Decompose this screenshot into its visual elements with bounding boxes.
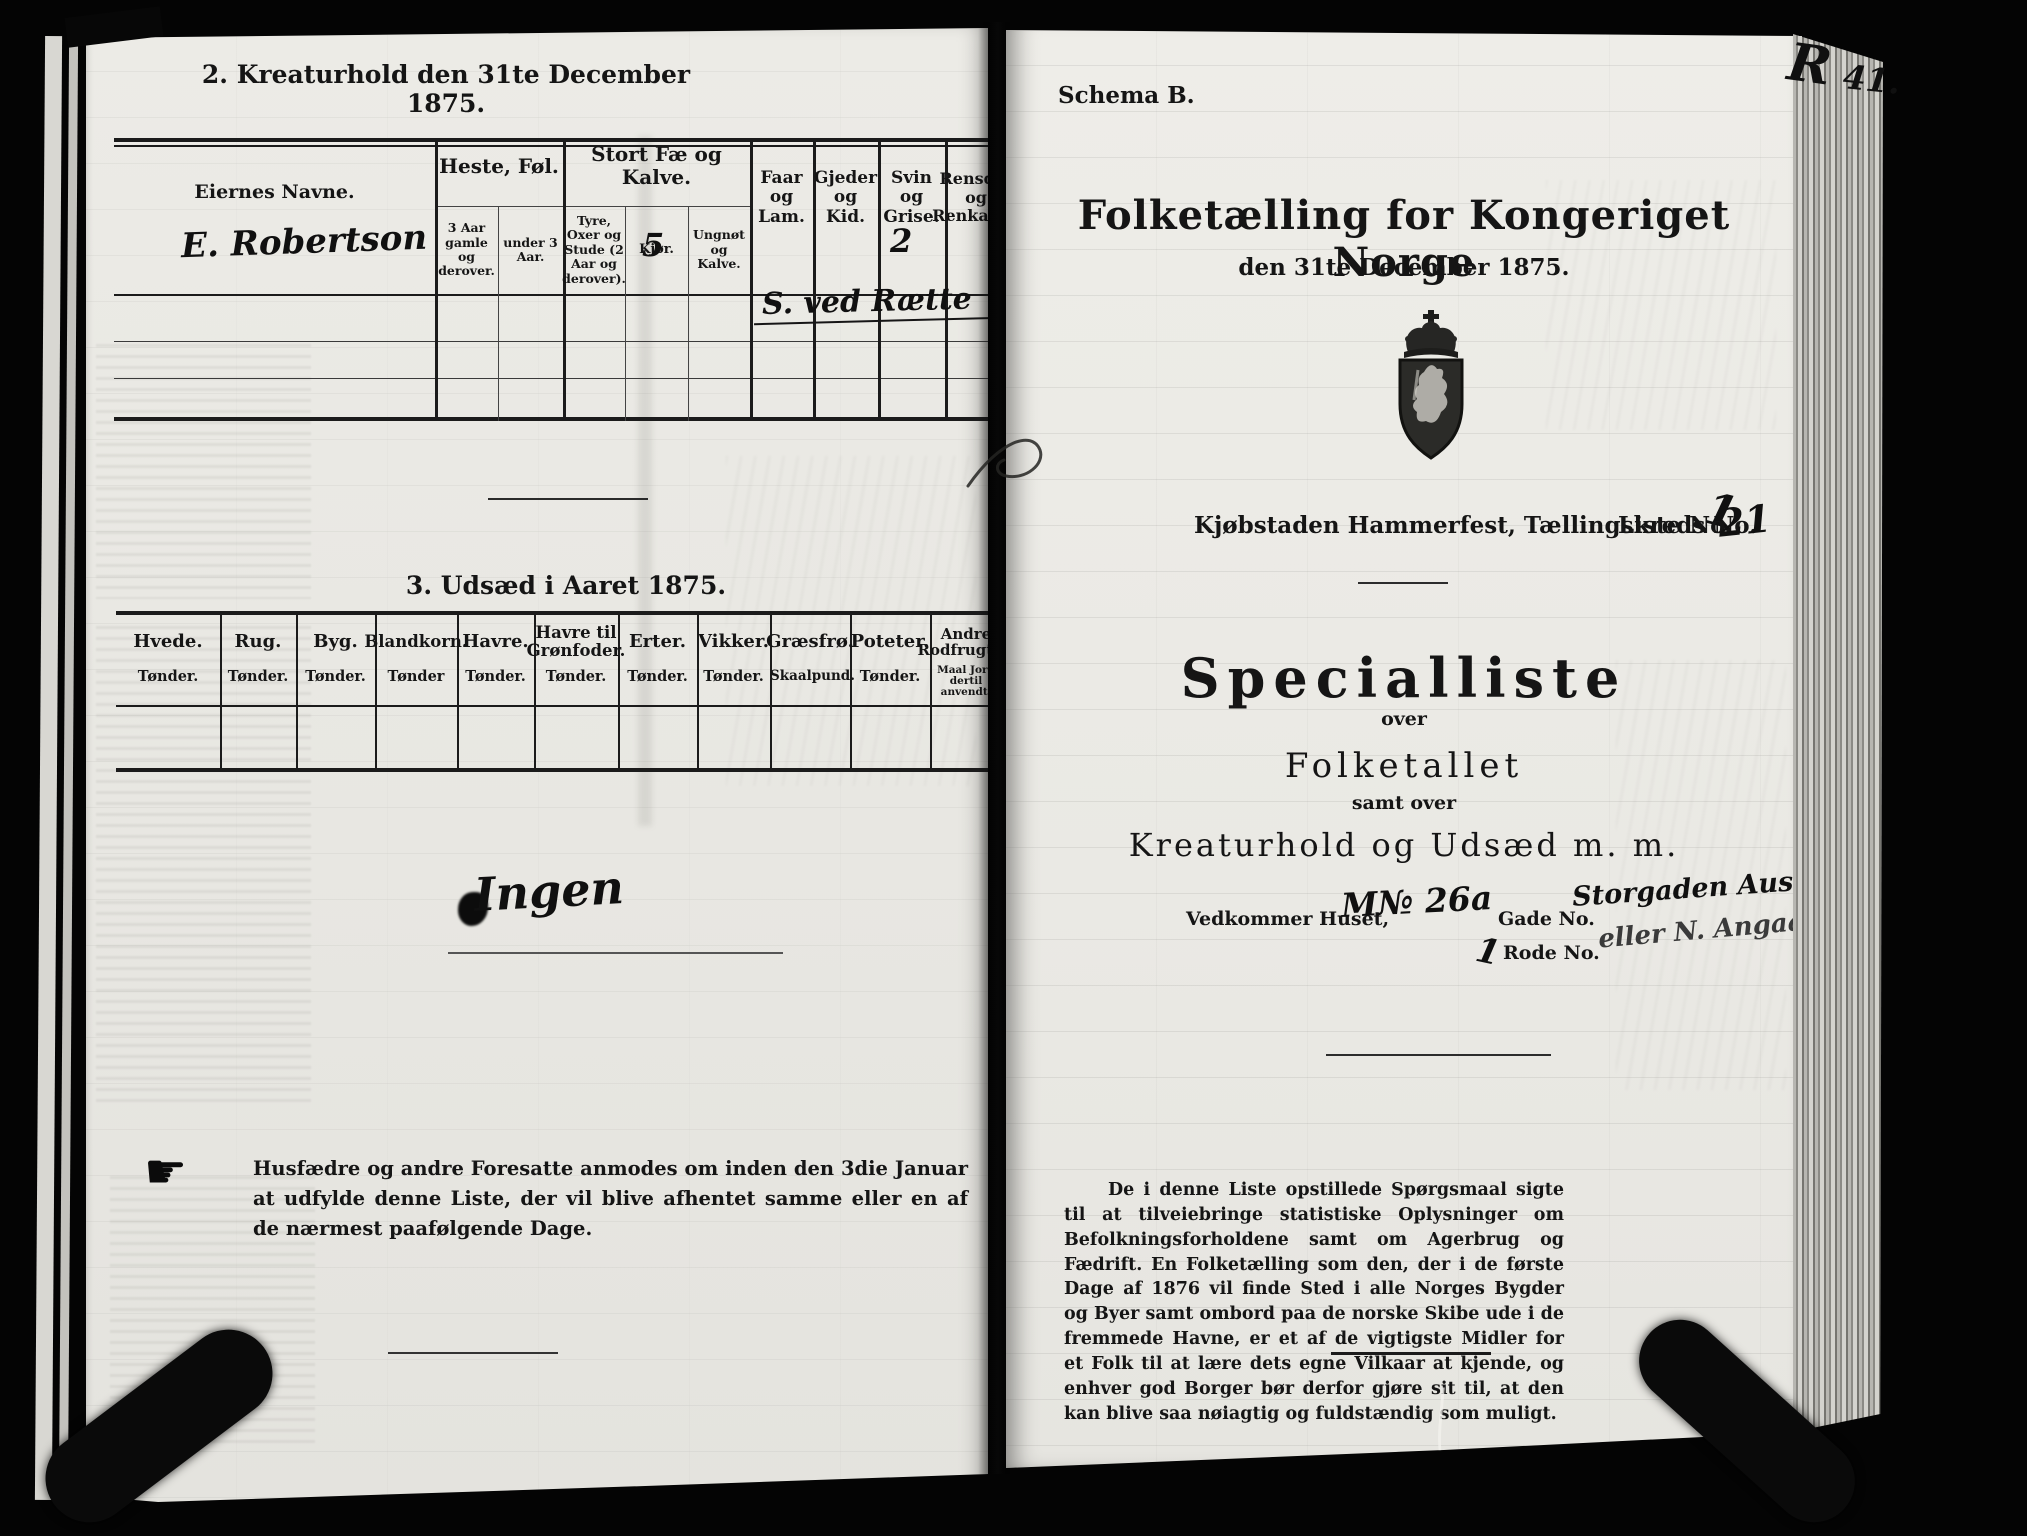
handwritten-rode-value: eller N. Angaard <box>1597 907 1799 954</box>
norway-coat-of-arms <box>1388 308 1474 466</box>
udsaed-title: 3. Udsæd i Aaret 1875. <box>366 571 766 600</box>
column-header-faar: Faar og Lam. <box>752 148 811 248</box>
handwritten-liste-no: 21 <box>1716 495 1773 545</box>
column-group-heste: Heste, Føl. <box>435 144 563 188</box>
heading-kreaturhold-udsaed: Kreaturhold og Udsæd m. m. <box>1006 826 1802 864</box>
section-divider-rule <box>1358 582 1448 584</box>
table-rule <box>498 206 499 421</box>
handwritten-owner-name: E. Robertson <box>180 218 427 267</box>
pen-flourish <box>960 428 1070 498</box>
table-rule <box>114 138 988 142</box>
section-divider-rule <box>488 498 648 500</box>
udsaed-column-havre-gronfoder: Havre til Grønfoder. Tønder. <box>534 621 618 703</box>
handwritten-row-note: S. ved Rætte <box>762 281 989 322</box>
udsaed-column-rug: Rug. Tønder. <box>220 621 296 703</box>
udsaed-column-havre: Havre. Tønder. <box>457 621 534 703</box>
footer-note: Husfædre og andre Foresatte anmodes om i… <box>253 1154 968 1245</box>
schema-label: Schema B. <box>1058 82 1195 109</box>
heading-over: over <box>1006 708 1802 730</box>
page-subtitle: den 31te December 1875. <box>1006 254 1802 281</box>
page-edge-strip <box>59 42 78 1496</box>
column-group-stortfae: Stort Fæ og Kalve. <box>563 144 750 188</box>
census-book-scan: 2. Kreaturhold den 31te December 1875. E… <box>0 0 2027 1536</box>
left-page: 2. Kreaturhold den 31te December 1875. E… <box>86 26 988 1514</box>
heading-folketallet: Folketallet <box>1006 746 1802 786</box>
right-page: Schema B. Folketælling for Kongeriget No… <box>1006 20 1802 1468</box>
udsaed-column-byg: Byg. Tønder. <box>296 621 375 703</box>
table-rule <box>114 341 988 342</box>
handwritten-page-number: 41. <box>1841 57 1902 102</box>
manicule-icon: ☛ <box>144 1144 187 1200</box>
udsaed-column-hvede: Hvede. Tønder. <box>116 621 220 703</box>
handwritten-svin-count: 2 <box>890 222 912 260</box>
handwritten-margin-mark: R <box>1784 31 1835 97</box>
section-divider-rule <box>1326 1054 1551 1056</box>
udsaed-column-erter: Erter. Tønder. <box>618 621 697 703</box>
column-header-heste-under3: under 3 Aar. <box>500 210 561 290</box>
page-stack-edge <box>1793 34 1883 1442</box>
bottom-rule <box>1331 1352 1491 1355</box>
rode-label: Rode No. <box>1503 942 1600 964</box>
handwritten-rode-no: 1 <box>1472 930 1503 974</box>
handwritten-ingen: Ingen <box>473 860 625 922</box>
column-header-ungnot: Ungnøt og Kalve. <box>690 210 748 290</box>
table-rule <box>114 378 988 379</box>
handwritten-house-no: M№ 26a <box>1340 878 1493 925</box>
udsaed-column-graesfro: Græsfrø. Skaalpund. <box>770 621 850 703</box>
table-rule <box>116 611 988 615</box>
heading-samt-over: samt over <box>1006 792 1802 814</box>
table-rule <box>114 417 988 421</box>
liste-no-label: Liste No. <box>1618 512 1733 539</box>
udsaed-column-blandkorn: Blandkorn. Tønder <box>375 621 457 703</box>
footer-paragraph: De i denne Liste opstillede Spørgsmaal s… <box>1064 1178 1564 1426</box>
page-edge-strip <box>35 36 62 1500</box>
ghost-text <box>96 344 311 599</box>
table-rule <box>688 206 689 421</box>
column-header-tyre-oxer: Tyre, Oxer og Stude (2 Aar og derover). <box>565 210 623 290</box>
table-rule <box>116 705 988 707</box>
bottom-rule <box>388 1352 558 1354</box>
handwritten-kjor-count: 5 <box>642 226 664 264</box>
udsaed-column-vikker: Vikker. Tønder. <box>697 621 770 703</box>
handwritten-gade-value: Storgaden Austmanden <box>1571 866 1801 913</box>
table-rule <box>435 206 750 207</box>
table-rule <box>116 768 988 772</box>
column-header-gjeder: Gjeder og Kid. <box>815 148 876 248</box>
heading-specialliste: Specialliste <box>1006 646 1802 710</box>
column-header-heste-3aar: 3 Aar gamle og derover. <box>437 210 496 290</box>
handwritten-underline <box>448 952 783 954</box>
kreaturhold-title: 2. Kreaturhold den 31te December 1875. <box>196 60 696 118</box>
